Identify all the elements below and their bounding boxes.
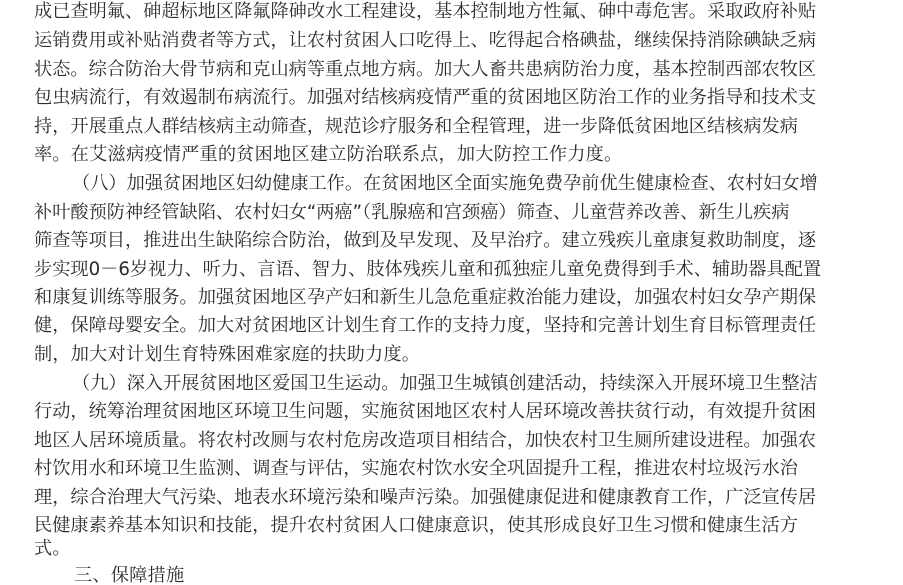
- text-line: 健，保障母婴安全。加大对贫困地区计划生育工作的支持力度，坚持和完善计划生育目标管…: [34, 312, 867, 340]
- text-line: 持，开展重点人群结核病主动筛查，规范诊疗服务和全程管理，进一步降低贫困地区结核病…: [34, 113, 867, 141]
- text-line: 制，加大对计划生育特殊困难家庭的扶助力度。: [34, 341, 420, 369]
- text-line: 筛查等项目，推进出生缺陷综合防治，做到及早发现、及早治疗。建立残疾儿童康复救助制…: [34, 227, 867, 255]
- text-line: 步实现0－6岁视力、听力、言语、智力、肢体残疾儿童和孤独症儿童免费得到手术、辅助…: [34, 256, 867, 284]
- text-line: 运销费用或补贴消费者等方式，让农村贫困人口吃得上、吃得起合格碘盐，继续保持消除碘…: [34, 27, 867, 55]
- text-line: 地区人居环境质量。将农村改厕与农村危房改造项目相结合，加快农村卫生厕所建设进程。…: [34, 427, 867, 455]
- text-line: 包虫病流行，有效遏制布病流行。加强对结核病疫情严重的贫困地区防治工作的业务指导和…: [34, 84, 867, 112]
- text-line: 和康复训练等服务。加强贫困地区孕产妇和新生儿急危重症救治能力建设，加强农村妇女孕…: [34, 284, 867, 312]
- text-line: 民健康素养基本知识和技能，提升农村贫困人口健康意识，使其形成良好卫生习惯和健康生…: [34, 512, 867, 540]
- paragraph-first-line: （九）深入开展贫困地区爱国卫生运动。加强卫生城镇创建活动，持续深入开展环境卫生整…: [72, 370, 867, 398]
- text-line: 率。在艾滋病疫情严重的贫困地区建立防治联系点，加大防控工作力度。: [34, 141, 622, 169]
- paragraph-first-line: （八）加强贫困地区妇幼健康工作。在贫困地区全面实施免费孕前优生健康检查、农村妇女…: [72, 170, 867, 198]
- text-line: 行动，统筹治理贫困地区环境卫生问题，实施贫困地区农村人居环境改善扶贫行动，有效提…: [34, 398, 867, 426]
- text-line: 式。: [34, 535, 71, 563]
- text-line: 状态。综合防治大骨节病和克山病等重点地方病。加大人畜共患病防治力度，基本控制西部…: [34, 56, 867, 84]
- text-line: 成已查明氟、砷超标地区降氟降砷改水工程建设，基本控制地方性氟、砷中毒危害。采取政…: [34, 0, 867, 26]
- text-line: 补叶酸预防神经管缺陷、农村妇女“两癌”（乳腺癌和宫颈癌）筛查、儿童营养改善、新生…: [34, 199, 867, 227]
- text-line: 村饮用水和环境卫生监测、调查与评估，实施农村饮水安全巩固提升工程，推进农村垃圾污…: [34, 455, 867, 483]
- section-heading: 三、保障措施: [74, 562, 184, 585]
- text-line: 理，综合治理大气污染、地表水环境污染和噪声污染。加强健康促进和健康教育工作，广泛…: [34, 484, 867, 512]
